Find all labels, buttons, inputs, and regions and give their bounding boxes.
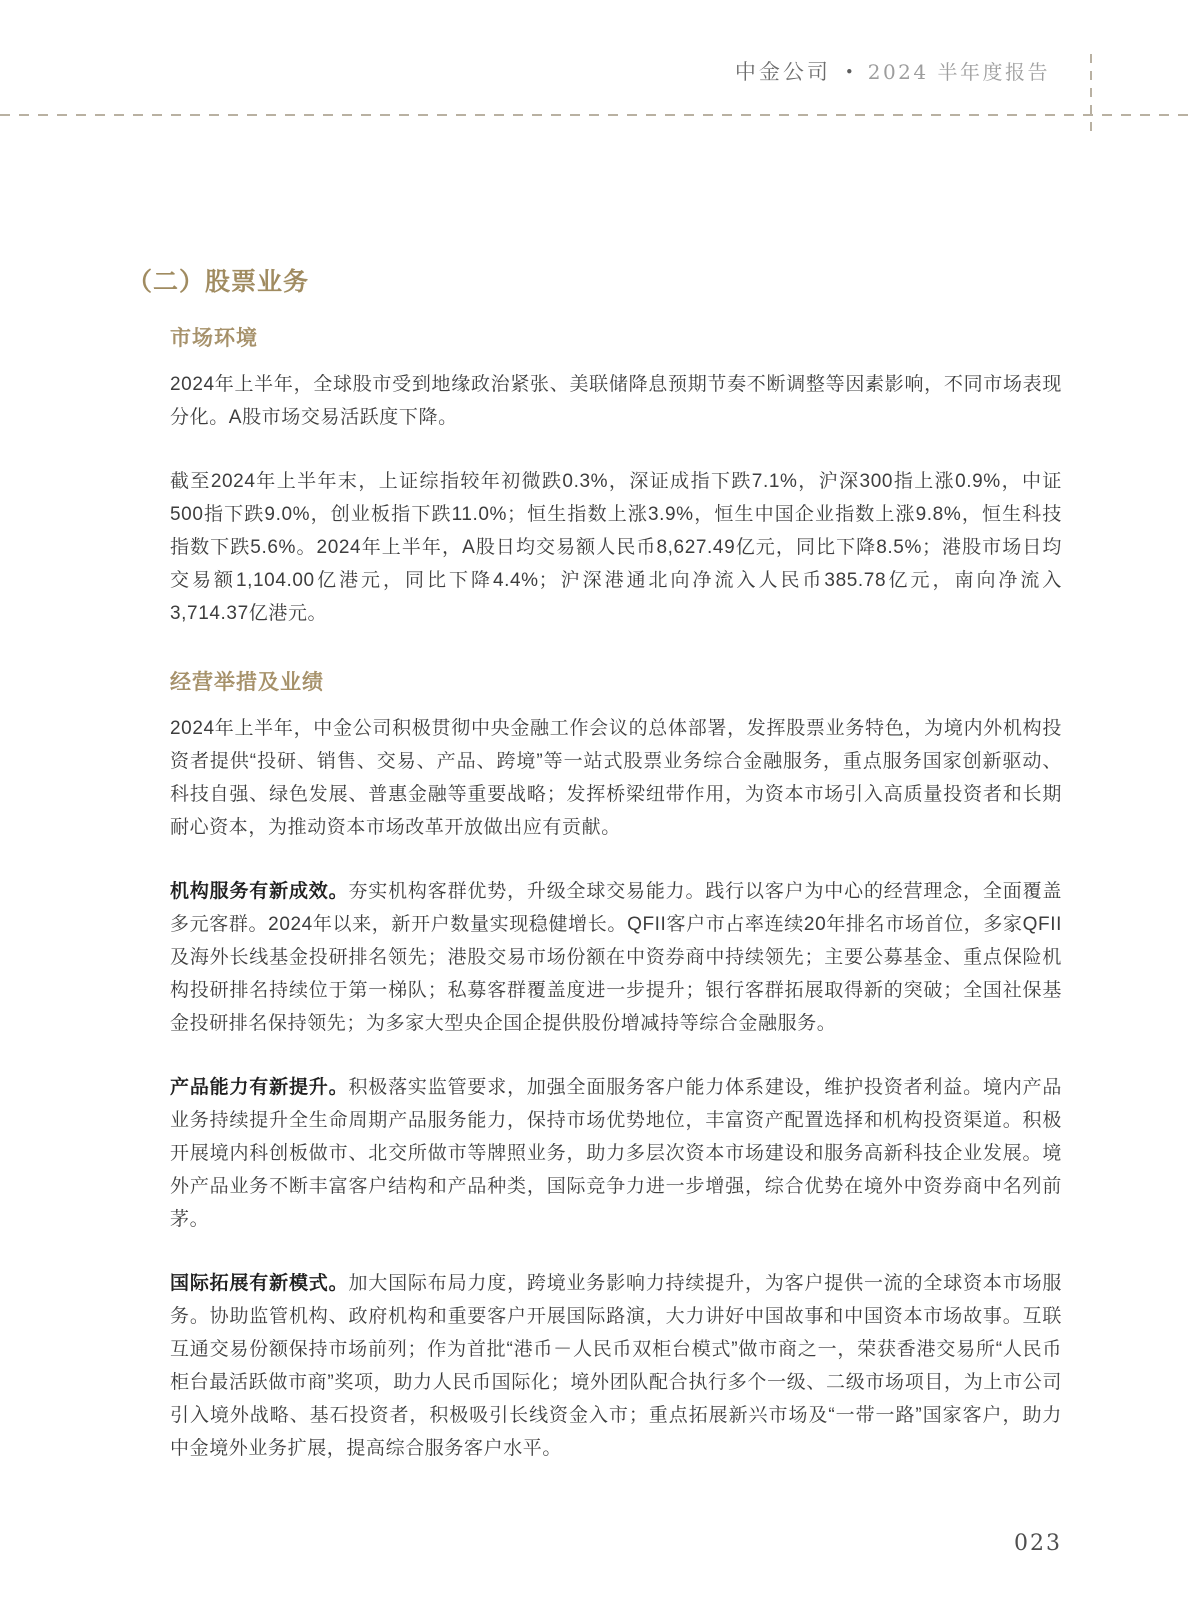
main-content: （二）股票业务 市场环境 2024年上半年，全球股市受到地缘政治紧张、美联储降息… <box>127 262 1062 1496</box>
paragraph-body-product-capability: 积极落实监管要求，加强全面服务客户能力体系建设，维护投资者利益。境内产品业务持续… <box>170 1077 1062 1230</box>
subsection-heading-market-environment: 市场环境 <box>170 322 1062 352</box>
section-title: （二）股票业务 <box>127 262 1062 298</box>
bullet-separator-icon: • <box>845 63 854 81</box>
paragraph-body-institutional-services: 夯实机构客群优势，升级全球交易能力。践行以客户为中心的经营理念，全面覆盖多元客群… <box>170 881 1062 1034</box>
header-vertical-dashed-line <box>1090 54 1092 138</box>
paragraph-product-capability: 产品能力有新提升。积极落实监管要求，加强全面服务客户能力体系建设，维护投资者利益… <box>170 1071 1062 1236</box>
paragraph-market-statistics: 截至2024年上半年末，上证综指较年初微跌0.3%，深证成指下跌7.1%，沪深3… <box>170 465 1062 630</box>
header-horizontal-dashed-line <box>0 114 1190 116</box>
paragraph-lead-product-capability: 产品能力有新提升。 <box>170 1077 348 1098</box>
page-header: 中金公司 • 2024 半年度报告 <box>735 56 1050 86</box>
paragraph-institutional-services: 机构服务有新成效。夯实机构客群优势，升级全球交易能力。践行以客户为中心的经营理念… <box>170 875 1062 1040</box>
paragraph-lead-international-expansion: 国际拓展有新模式。 <box>170 1273 348 1294</box>
paragraph-operations-overview: 2024年上半年，中金公司积极贯彻中央金融工作会议的总体部署，发挥股票业务特色，… <box>170 712 1062 844</box>
paragraph-body-international-expansion: 加大国际布局力度，跨境业务影响力持续提升，为客户提供一流的全球资本市场服务。协助… <box>170 1273 1062 1459</box>
subsection-heading-operations: 经营举措及业绩 <box>170 666 1062 696</box>
paragraph-lead-institutional-services: 机构服务有新成效。 <box>170 881 348 902</box>
paragraph-market-overview: 2024年上半年，全球股市受到地缘政治紧张、美联储降息预期节奏不断调整等因素影响… <box>170 368 1062 434</box>
header-report-title: 2024 半年度报告 <box>868 56 1050 85</box>
paragraph-international-expansion: 国际拓展有新模式。加大国际布局力度，跨境业务影响力持续提升，为客户提供一流的全球… <box>170 1267 1062 1465</box>
report-page: 中金公司 • 2024 半年度报告 （二）股票业务 市场环境 2024年上半年，… <box>0 0 1190 1615</box>
page-number: 023 <box>1014 1531 1062 1556</box>
header-company-name: 中金公司 <box>735 56 831 86</box>
